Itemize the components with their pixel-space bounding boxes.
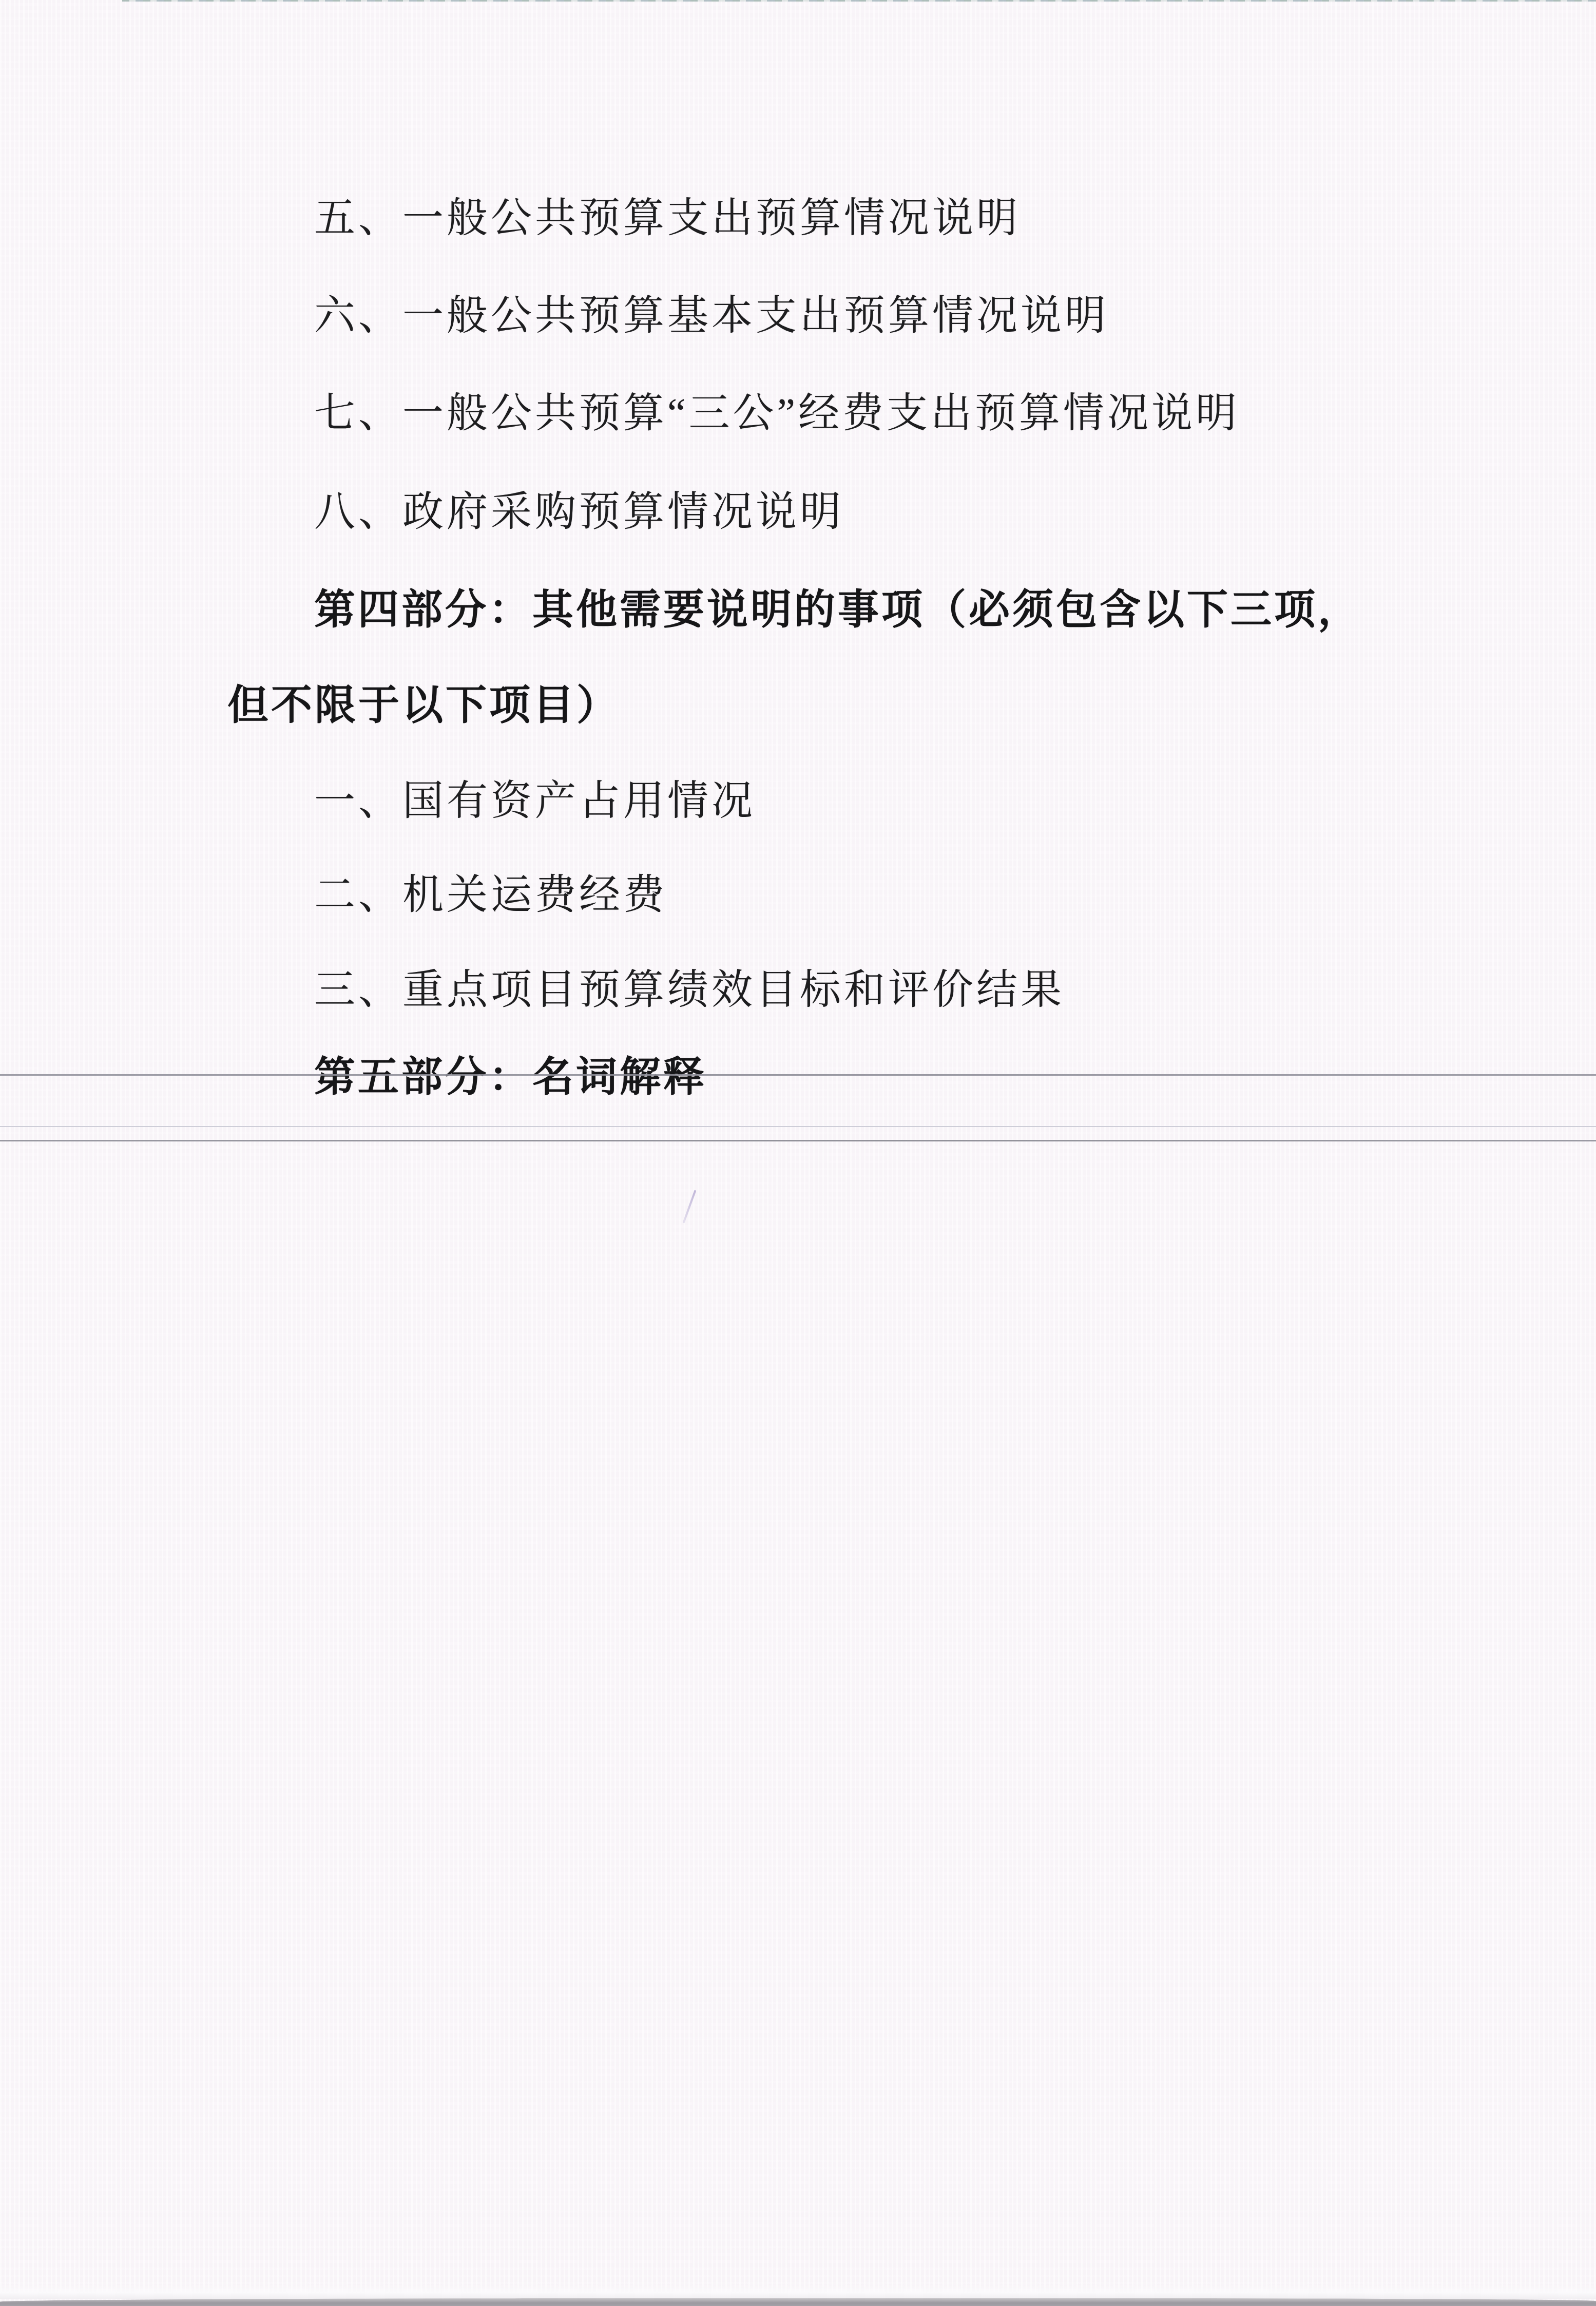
toc-part-4-heading: 第四部分：其他需要说明的事项（必须包含以下三项，	[314, 588, 1361, 631]
scan-artifact-rule-1	[0, 1074, 1596, 1076]
toc-item-6: 六、一般公共预算基本支出预算情况说明	[314, 294, 1109, 337]
toc-part4-item-1: 一、国有资产占用情况	[314, 779, 756, 823]
toc-item-5: 五、一般公共预算支出预算情况说明	[314, 197, 1021, 240]
toc-part-4-heading-cont: 但不限于以下项目）	[227, 683, 620, 727]
scan-artifact-rule-2	[0, 1126, 1596, 1127]
scan-top-edge-line	[122, 0, 1596, 2]
scan-artifact-rule-3	[0, 1140, 1596, 1141]
toc-part-5-heading: 第五部分：名词解释	[314, 1055, 707, 1098]
scan-bottom-light-strip	[0, 2284, 1596, 2299]
toc-item-7: 七、一般公共预算“三公”经费支出预算情况说明	[314, 392, 1240, 435]
scan-artifact-diagonal-mark	[682, 1190, 696, 1223]
toc-item-8: 八、政府采购预算情况说明	[314, 490, 844, 533]
toc-part4-item-3: 三、重点项目预算绩效目标和评价结果	[314, 968, 1065, 1012]
scan-bottom-edge-shadow	[0, 2298, 1596, 2306]
toc-part4-item-2: 二、机关运费经费	[314, 873, 667, 917]
scanned-document-page: 五、一般公共预算支出预算情况说明 六、一般公共预算基本支出预算情况说明 七、一般…	[0, 0, 1596, 2306]
